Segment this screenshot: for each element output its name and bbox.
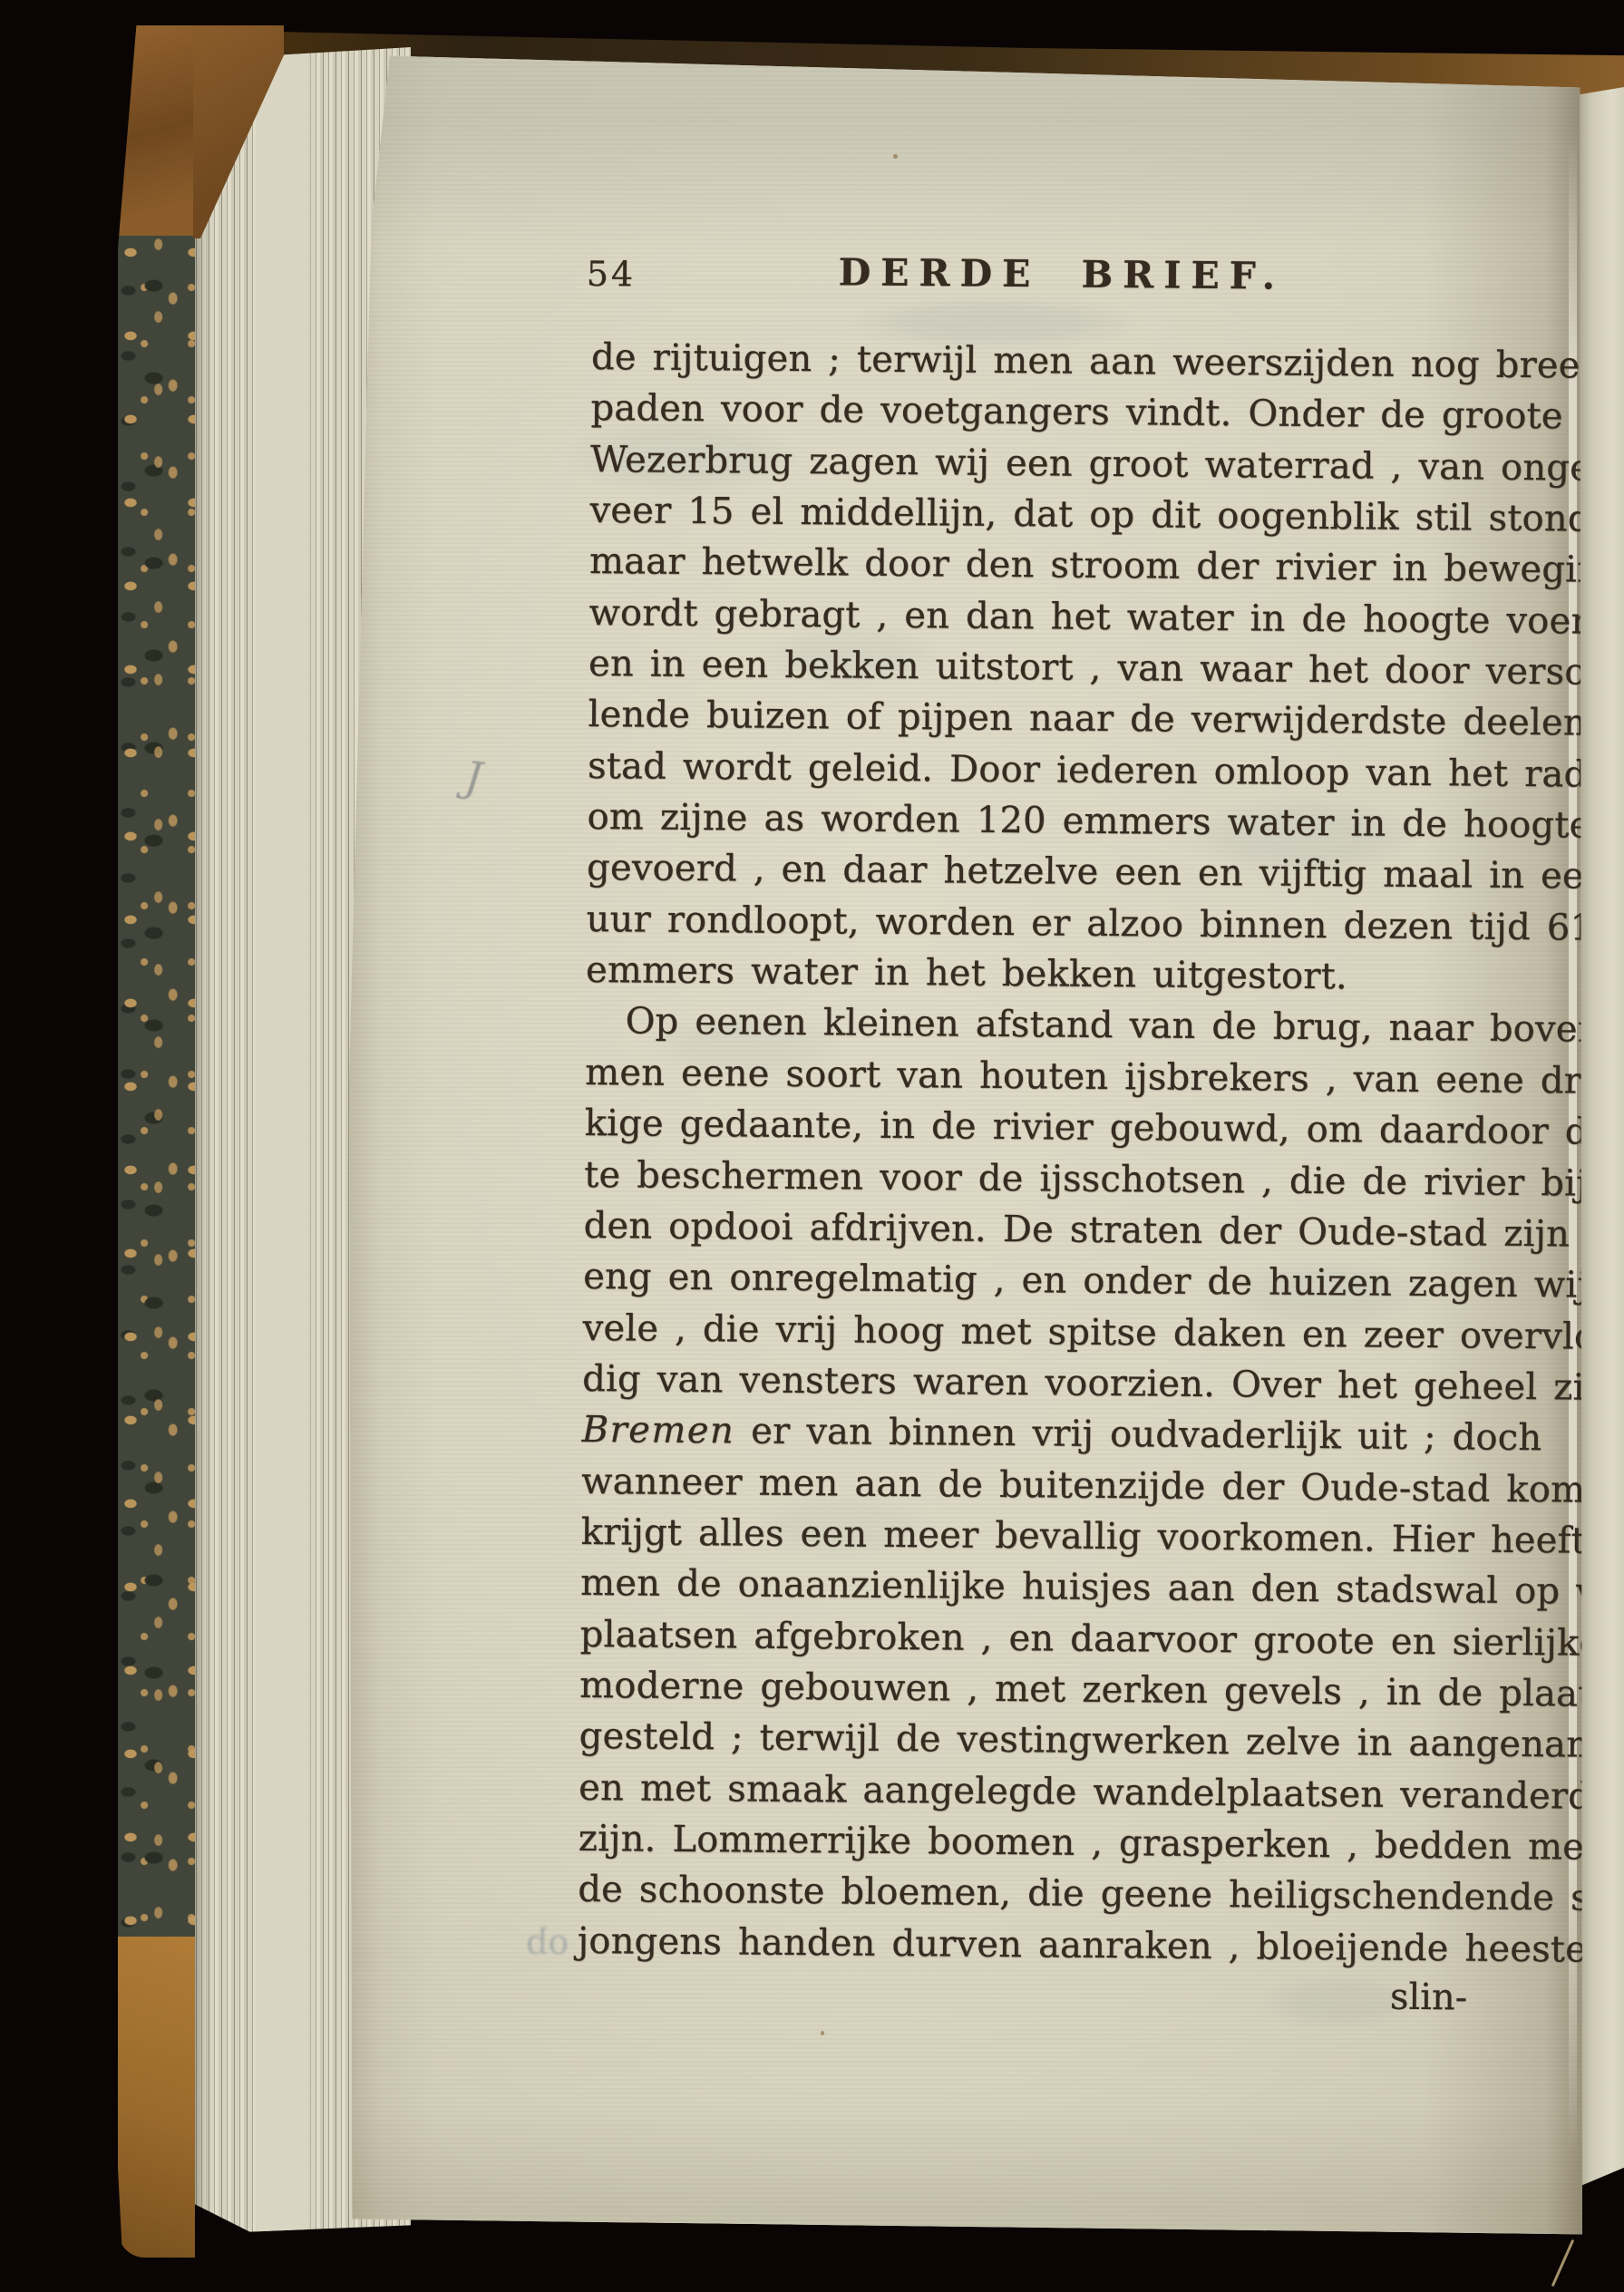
text-line: krijgt alles een meer bevallig voorkomen… [581,1507,1495,1566]
text-line: men eene soort van houten ijsbrekers , v… [585,1047,1499,1106]
book-cover-edge [118,25,195,2258]
text-line: en in een bekken uitstort , van waar het… [588,638,1502,697]
catchword: slin- [577,1969,1491,2019]
text-line: wanneer men aan de buitenzijde der Oude-… [581,1456,1495,1515]
text-line: maar hetwelk door den stroom der rivier … [589,536,1503,595]
text-line: de rijtuigen ; terwijl men aan weerszijd… [591,332,1505,391]
text-line: Op eenen kleinen afstand van de brug, na… [585,995,1499,1054]
text-line: veer 15 el middellijn, dat op dit oogenb… [589,485,1503,544]
text-line: eng en onregelmatig , en onder de huizen… [583,1251,1497,1310]
text-line: om zijne as worden 120 emmers water in d… [587,792,1501,850]
text-line: te beschermen voor de ijsschotsen , die … [584,1149,1498,1208]
text-line: gesteld ; terwijl de vestingwerken zelve… [579,1711,1493,1770]
text-line: de schoonste bloemen, die geene heiligsc… [578,1864,1492,1923]
text-line: en met smaak aangelegde wandelplaatsen v… [579,1763,1493,1821]
text-line: den opdooi afdrijven. De straten der Oud… [583,1200,1497,1259]
leather-corner-bottom [118,1937,195,2258]
text-line: Wezerbrug zagen wij een groot waterrad ,… [590,434,1504,493]
text-line: zijn. Lommerrijke boomen , grasperken , … [579,1813,1493,1872]
text-line: Bremen er van binnen vrij oudvaderlijk u… [581,1404,1495,1463]
text-line: jongens handen durven aanraken , bloeije… [578,1916,1492,1975]
text-line: emmers water in het bekken uitgestort. [586,945,1500,1004]
leather-corner-top [118,25,195,236]
text-line: dig van vensters waren voorzien. Over he… [582,1354,1496,1413]
stray-fiber [1551,2239,1575,2287]
book-page: ob J 54 DERDE BRIEF. de rijtuigen ; terw… [349,53,1582,2238]
margin-pen-mark: J [462,752,484,802]
running-header: DERDE BRIEF. [605,248,1519,300]
text-line: kige gedaante, in de rivier gebouwd, om … [584,1098,1498,1157]
bleedthrough-mark: ob [526,1922,569,1962]
text-line: plaatsen afgebroken , en daarvoor groote… [580,1609,1494,1668]
text-line: vele , die vrij hoog met spitse daken en… [582,1302,1496,1361]
body-text: de rijtuigen ; terwijl men aan weerszijd… [578,332,1506,1975]
marbled-board [118,236,195,1937]
text-line: moderne gebouwen , met zerken gevels , i… [579,1660,1493,1719]
text-line: uur rondloopt, worden er alzoo binnen de… [586,894,1500,953]
text-line: wordt gebragt , en dan het water in de h… [588,588,1502,646]
book-photograph: ob J 54 DERDE BRIEF. de rijtuigen ; terw… [0,0,1624,2292]
text-line: stad wordt geleid. Door iederen omloop v… [588,741,1502,800]
text-line: gevoerd , en daar hetzelve een en vijfti… [587,842,1501,901]
text-line: paden voor de voetgangers vindt. Onder d… [590,383,1504,442]
text-line: men de onaanzienlijke huisjes aan den st… [580,1558,1494,1617]
text-line: lende buizen of pijpen naar de verwijder… [588,689,1502,748]
printed-text-block: 54 DERDE BRIEF. de rijtuigen ; terwijl m… [575,53,1508,2246]
